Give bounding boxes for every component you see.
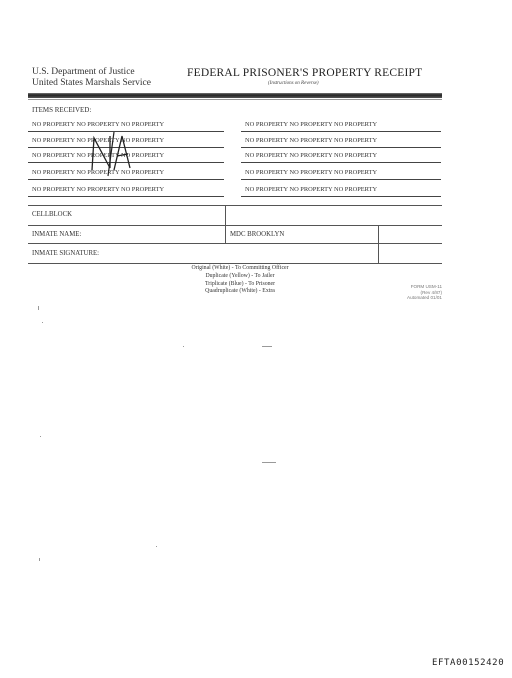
fields-top-border [28,205,442,206]
inmate-name-bottom-border [28,243,442,244]
bates-number: EFTA00152420 [432,658,504,668]
agency-block: U.S. Department of Justice United States… [32,67,151,89]
agency-service: United States Marshals Service [32,78,151,89]
scan-speck [156,546,157,547]
form-automated: Automated 01/01 [362,295,442,301]
cellblock-divider [225,205,226,243]
scan-speck [40,436,41,437]
item-row-right-2: NO PROPERTY NO PROPERTY NO PROPERTY [245,137,377,144]
item-row-right-3: NO PROPERTY NO PROPERTY NO PROPERTY [245,152,377,159]
header-divider [28,93,442,98]
item-row-right-1: NO PROPERTY NO PROPERTY NO PROPERTY [245,121,377,128]
handwritten-na-annotation [88,130,138,180]
form-subtitle: (Instructions on Reverse) [268,81,319,86]
distribution-duplicate: Duplicate (Yellow) - To Jailer [160,273,320,281]
scan-speck [262,462,276,463]
agency-department: U.S. Department of Justice [32,67,151,78]
scan-speck [183,346,184,347]
scan-speck [38,306,39,310]
scan-speck [39,558,40,561]
cellblock-bottom-border [28,225,442,226]
item-row-right-4: NO PROPERTY NO PROPERTY NO PROPERTY [245,169,377,176]
item-underline [241,162,441,163]
right-box-divider [378,225,379,263]
facility-value: MDC BROOKLYN [230,231,284,238]
form-number-block: FORM USM-11 (Rev 4/87) Automated 01/01 [362,284,442,301]
form-title: FEDERAL PRISONER'S PROPERTY RECEIPT [187,67,422,79]
items-received-label: ITEMS RECEIVED: [32,106,91,114]
distribution-list: Original (White) - To Committing Officer… [160,265,320,296]
item-underline [241,131,441,132]
item-underline [241,196,441,197]
item-row-right-5: NO PROPERTY NO PROPERTY NO PROPERTY [245,186,377,193]
scan-speck [262,346,272,347]
scan-speck [42,322,43,323]
distribution-quadruplicate: Quadruplicate (White) - Extra [160,288,320,296]
inmate-signature-label: INMATE SIGNATURE: [32,250,99,257]
inmate-name-label: INMATE NAME: [32,231,81,238]
item-row-left-1: NO PROPERTY NO PROPERTY NO PROPERTY [32,121,164,128]
item-underline [241,147,441,148]
header-divider-thin [28,99,442,100]
cellblock-label: CELLBLOCK [32,211,72,218]
fields-bottom-border [28,263,442,264]
item-underline [241,179,441,180]
item-underline [28,196,224,197]
item-row-left-5: NO PROPERTY NO PROPERTY NO PROPERTY [32,186,164,193]
distribution-original: Original (White) - To Committing Officer [160,265,320,273]
